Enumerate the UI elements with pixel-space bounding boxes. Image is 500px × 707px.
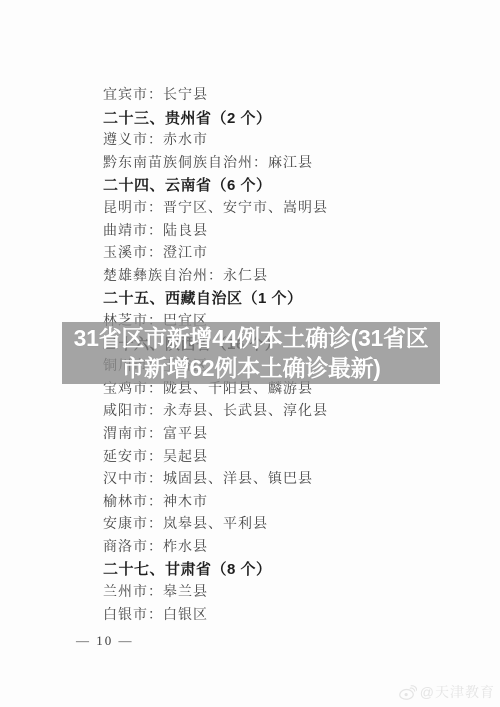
doc-line: 安康市：岚皋县、平利县 bbox=[103, 514, 480, 537]
page-number: — 10 — bbox=[76, 630, 480, 653]
caption-line-1: 31省区市新增44例本土确诊(31省区 bbox=[74, 323, 429, 353]
section-header: 二十四、云南省（6 个） bbox=[103, 175, 480, 198]
doc-line: 兰州市：皋兰县 bbox=[103, 582, 480, 605]
doc-line: 汉中市：城固县、洋县、镇巴县 bbox=[103, 469, 480, 492]
watermark: @天津教育 bbox=[399, 682, 495, 702]
doc-line: 延安市：吴起县 bbox=[103, 447, 480, 470]
doc-line: 玉溪市：澄江市 bbox=[103, 243, 480, 266]
doc-line: 商洛市：柞水县 bbox=[103, 537, 480, 560]
doc-line: 遵义市：赤水市 bbox=[103, 130, 480, 153]
section-header: 二十三、贵州省（2 个） bbox=[103, 108, 480, 131]
weibo-icon bbox=[399, 685, 417, 700]
caption-line-2: 市新增62例本土确诊最新) bbox=[121, 353, 380, 383]
watermark-handle: @天津教育 bbox=[420, 682, 495, 702]
doc-line: 曲靖市：陆良县 bbox=[103, 221, 480, 244]
section-header: 二十七、甘肃省（8 个） bbox=[103, 559, 480, 582]
doc-line: 渭南市：富平县 bbox=[103, 424, 480, 447]
doc-line: 咸阳市：永寿县、长武县、淳化县 bbox=[103, 401, 480, 424]
doc-line: 楚雄彝族自治州：永仁县 bbox=[103, 266, 480, 289]
doc-line: 黔东南苗族侗族自治州：麻江县 bbox=[103, 153, 480, 176]
doc-line: 宜宾市：长宁县 bbox=[103, 85, 480, 108]
caption-overlay: 31省区市新增44例本土确诊(31省区 市新增62例本土确诊最新) bbox=[62, 322, 440, 384]
scanned-document-page: 宜宾市：长宁县 二十三、贵州省（2 个） 遵义市：赤水市 黔东南苗族侗族自治州：… bbox=[0, 0, 500, 707]
doc-line: 白银市：白银区 bbox=[103, 605, 480, 628]
section-header: 二十五、西藏自治区（1 个） bbox=[103, 288, 480, 311]
doc-line: 榆林市：神木市 bbox=[103, 492, 480, 515]
doc-line: 昆明市：晋宁区、安宁市、嵩明县 bbox=[103, 198, 480, 221]
